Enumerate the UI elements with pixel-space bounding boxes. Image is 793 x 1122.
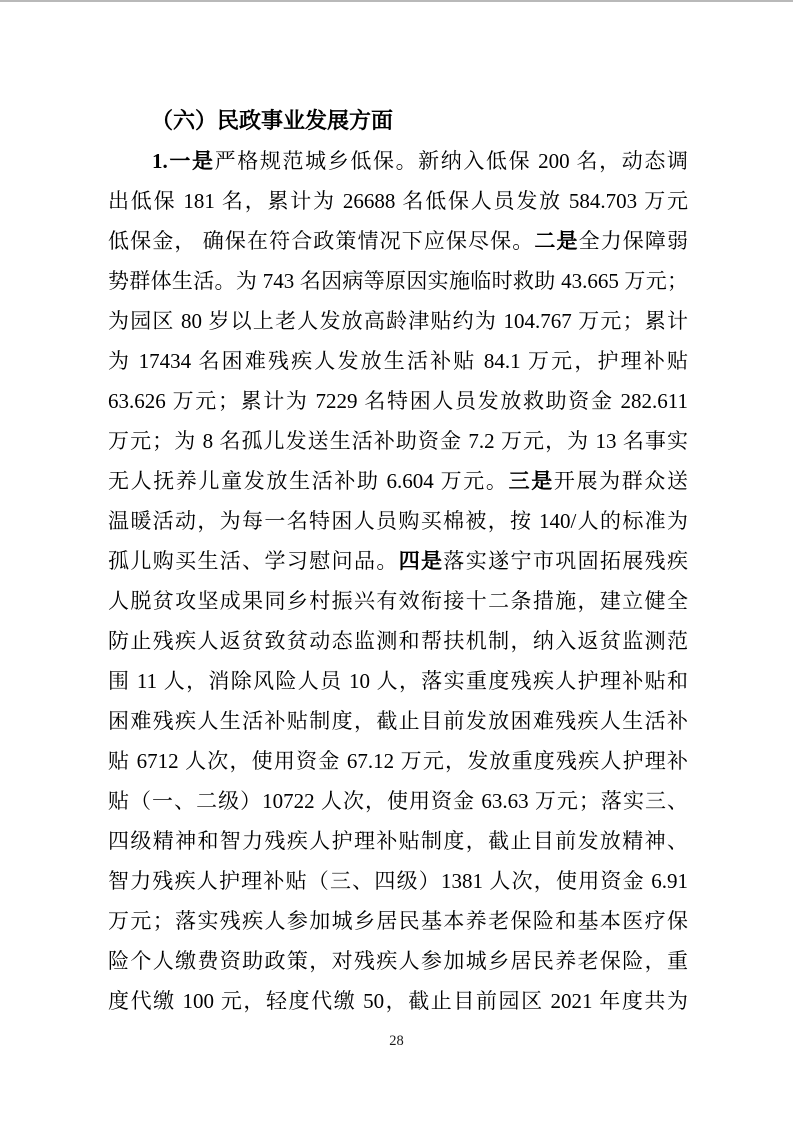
body-text: 无人抚养儿童发放生活补助 6.604 万元。 bbox=[108, 469, 509, 493]
body-text: 低保金， 确保在符合政策情况下应保尽保。 bbox=[108, 229, 534, 253]
text-line: 险个人缴费资助政策，对残疾人参加城乡居民养老保险，重 bbox=[108, 941, 688, 981]
body-text: 出低保 181 名，累计为 26688 名低保人员发放 584.703 万元 bbox=[108, 189, 688, 213]
body-text: 险个人缴费资助政策，对残疾人参加城乡居民养老保险，重 bbox=[108, 949, 688, 973]
body-text: 智力残疾人护理补贴（三、四级）1381 人次，使用资金 6.91 bbox=[108, 869, 688, 893]
text-line: 智力残疾人护理补贴（三、四级）1381 人次，使用资金 6.91 bbox=[108, 861, 688, 901]
text-line: 万元；为 8 名孤儿发送生活补助资金 7.2 万元，为 13 名事实 bbox=[108, 421, 688, 461]
page-number: 28 bbox=[0, 1032, 793, 1050]
body-text: 四级精神和智力残疾人护理补贴制度，截止目前发放精神、 bbox=[108, 829, 688, 853]
body-text: 为 17434 名困难残疾人发放生活补贴 84.1 万元，护理补贴 bbox=[108, 349, 688, 373]
text-line: 四级精神和智力残疾人护理补贴制度，截止目前发放精神、 bbox=[108, 821, 688, 861]
text-line: 人脱贫攻坚成果同乡村振兴有效衔接十二条措施，建立健全 bbox=[108, 581, 688, 621]
body-text: 人脱贫攻坚成果同乡村振兴有效衔接十二条措施，建立健全 bbox=[108, 589, 688, 613]
text-line: 低保金， 确保在符合政策情况下应保尽保。二是全力保障弱 bbox=[108, 221, 688, 261]
text-line: 防止残疾人返贫致贫动态监测和帮扶机制，纳入返贫监测范 bbox=[108, 621, 688, 661]
emphasis-text: 二是 bbox=[534, 229, 578, 253]
body-text: 开展为群众送 bbox=[554, 469, 688, 493]
body-text: 万元；落实残疾人参加城乡居民基本养老保险和基本医疗保 bbox=[108, 909, 688, 933]
text-line: 为 17434 名困难残疾人发放生活补贴 84.1 万元，护理补贴 bbox=[108, 341, 688, 381]
text-line: 势群体生活。为 743 名因病等原因实施临时救助 43.665 万元； bbox=[108, 261, 688, 301]
body-text: 贴（一、二级）10722 人次，使用资金 63.63 万元；落实三、 bbox=[108, 789, 688, 813]
text-line: 贴（一、二级）10722 人次，使用资金 63.63 万元；落实三、 bbox=[108, 781, 688, 821]
body-text: 度代缴 100 元，轻度代缴 50，截止目前园区 2021 年度共为 bbox=[108, 989, 688, 1013]
document-page: （六）民政事业发展方面 1.一是严格规范城乡低保。新纳入低保 200 名，动态调… bbox=[108, 101, 688, 1021]
body-text: 围 11 人，消除风险人员 10 人，落实重度残疾人护理补贴和 bbox=[108, 669, 688, 693]
page-top-edge bbox=[0, 0, 793, 2]
emphasis-text: 三是 bbox=[509, 469, 554, 493]
text-line: 度代缴 100 元，轻度代缴 50，截止目前园区 2021 年度共为 bbox=[108, 981, 688, 1021]
emphasis-text: 1.一是 bbox=[152, 149, 215, 173]
body-text: 贴 6712 人次，使用资金 67.12 万元，发放重度残疾人护理补 bbox=[108, 749, 688, 773]
text-line: 为园区 80 岁以上老人发放高龄津贴约为 104.767 万元；累计 bbox=[108, 301, 688, 341]
text-line: 无人抚养儿童发放生活补助 6.604 万元。三是开展为群众送 bbox=[108, 461, 688, 501]
body-text: 防止残疾人返贫致贫动态监测和帮扶机制，纳入返贫监测范 bbox=[108, 629, 688, 653]
text-line: 1.一是严格规范城乡低保。新纳入低保 200 名，动态调 bbox=[108, 141, 688, 181]
emphasis-text: 四是 bbox=[399, 549, 444, 573]
body-text: 万元；为 8 名孤儿发送生活补助资金 7.2 万元，为 13 名事实 bbox=[108, 429, 688, 453]
body-text: 温暖活动，为每一名特困人员购买棉被，按 140/人的标准为 bbox=[108, 509, 688, 533]
body-text: 势群体生活。为 743 名因病等原因实施临时救助 43.665 万元； bbox=[108, 269, 688, 293]
body-text: 全力保障弱 bbox=[579, 229, 688, 253]
section-heading: （六）民政事业发展方面 bbox=[108, 101, 688, 141]
body-text: 困难残疾人生活补贴制度，截止目前发放困难残疾人生活补 bbox=[108, 709, 688, 733]
body-text: 严格规范城乡低保。新纳入低保 200 名，动态调 bbox=[215, 149, 688, 173]
paragraph: 1.一是严格规范城乡低保。新纳入低保 200 名，动态调出低保 181 名，累计… bbox=[108, 141, 688, 1021]
body-text: 63.626 万元；累计为 7229 名特困人员发放救助资金 282.611 bbox=[108, 389, 688, 413]
text-line: 困难残疾人生活补贴制度，截止目前发放困难残疾人生活补 bbox=[108, 701, 688, 741]
body-text: 孤儿购买生活、学习慰问品。 bbox=[108, 549, 399, 573]
text-line: 温暖活动，为每一名特困人员购买棉被，按 140/人的标准为 bbox=[108, 501, 688, 541]
text-line: 63.626 万元；累计为 7229 名特困人员发放救助资金 282.611 bbox=[108, 381, 688, 421]
text-line: 孤儿购买生活、学习慰问品。四是落实遂宁市巩固拓展残疾 bbox=[108, 541, 688, 581]
body-text: 为园区 80 岁以上老人发放高龄津贴约为 104.767 万元；累计 bbox=[108, 309, 688, 333]
text-line: 出低保 181 名，累计为 26688 名低保人员发放 584.703 万元 bbox=[108, 181, 688, 221]
text-line: 贴 6712 人次，使用资金 67.12 万元，发放重度残疾人护理补 bbox=[108, 741, 688, 781]
body-text: 落实遂宁市巩固拓展残疾 bbox=[443, 549, 688, 573]
text-line: 围 11 人，消除风险人员 10 人，落实重度残疾人护理补贴和 bbox=[108, 661, 688, 701]
text-line: 万元；落实残疾人参加城乡居民基本养老保险和基本医疗保 bbox=[108, 901, 688, 941]
